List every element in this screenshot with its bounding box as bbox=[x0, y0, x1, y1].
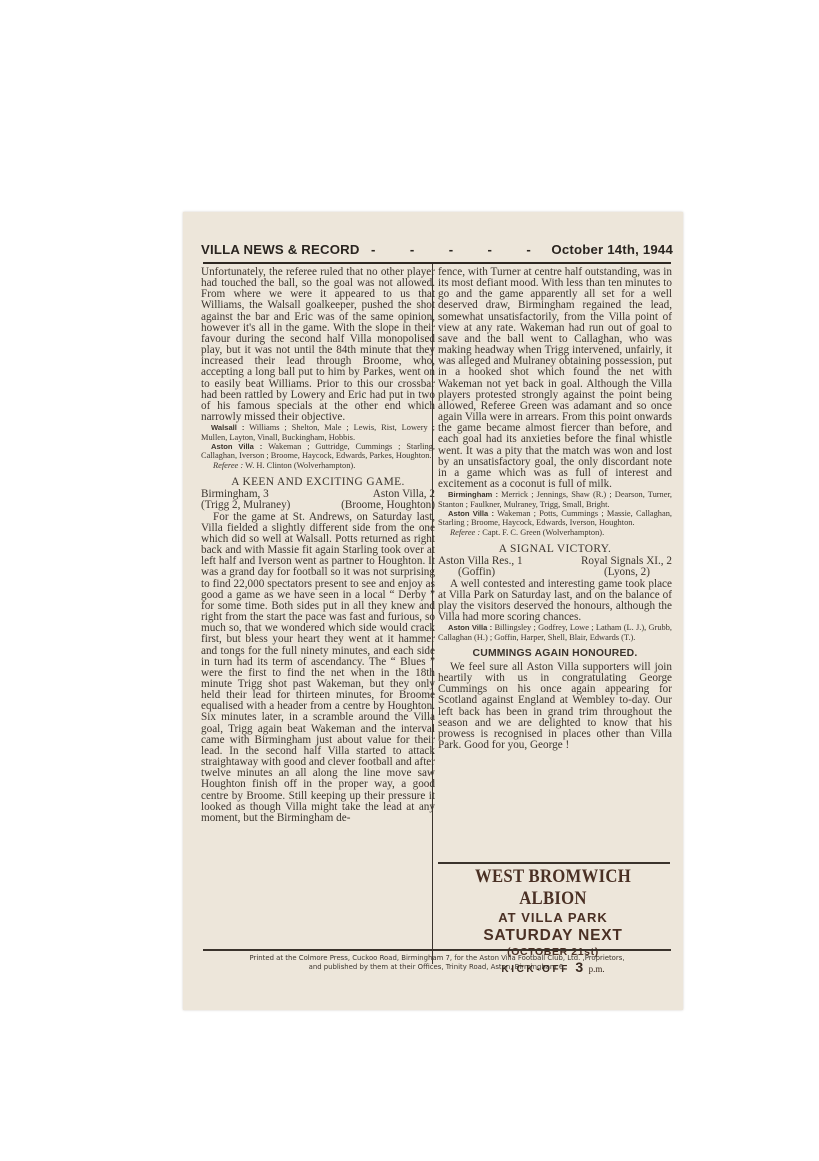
publication-title: VILLA NEWS & RECORD bbox=[201, 242, 360, 257]
scorers-reserves: (Goffin) (Lyons, 2) bbox=[438, 567, 672, 578]
birmingham-referee: Referee : Capt. F. C. Green (Wolverhampt… bbox=[438, 528, 672, 537]
walsall-referee: Referee : W. H. Clinton (Wolverhampton). bbox=[201, 461, 435, 470]
right-column: fence, with Turner at centre half outsta… bbox=[438, 267, 672, 751]
article-body-continued: fence, with Turner at centre half outsta… bbox=[438, 267, 672, 490]
programme-page: VILLA NEWS & RECORD - - - - - October 14… bbox=[183, 212, 683, 1010]
printer-imprint: Printed at the Colmore Press, Cuckoo Roa… bbox=[203, 954, 671, 973]
header-dashes: - - - - - bbox=[371, 242, 531, 257]
advert-when: SATURDAY NEXT bbox=[433, 926, 673, 946]
advert-venue: AT VILLA PARK bbox=[433, 910, 673, 926]
article-heading-cummings: CUMMINGS AGAIN HONOURED. bbox=[438, 648, 672, 660]
article-body-keen-game: For the game at St. Andrews, on Saturday… bbox=[201, 512, 435, 824]
advert-rule bbox=[438, 862, 670, 864]
footer-rule bbox=[203, 949, 671, 951]
villa-reserves-lineup: Aston Villa : Billingsley ; Godfrey, Low… bbox=[438, 623, 672, 642]
issue-date: October 14th, 1944 bbox=[551, 242, 673, 257]
villa-lineup-birmingham: Aston Villa : Wakeman ; Potts, Cummings … bbox=[438, 509, 672, 528]
birmingham-lineup: Birmingham : Merrick ; Jennings, Shaw (R… bbox=[438, 490, 672, 509]
left-column: Unfortunately, the referee ruled that no… bbox=[201, 267, 435, 824]
scorers: (Trigg 2, Mulraney) (Broome, Houghton) bbox=[201, 500, 435, 511]
article-body-cummings: We feel sure all Aston Villa supporters … bbox=[438, 662, 672, 751]
header-rule bbox=[203, 262, 671, 264]
article-heading-keen-game: A KEEN AND EXCITING GAME. bbox=[201, 476, 435, 488]
article-heading-signal-victory: A SIGNAL VICTORY. bbox=[438, 543, 672, 555]
walsall-lineup: Walsall : Williams ; Shelton, Male ; Lew… bbox=[201, 423, 435, 442]
advert-opponent: WEST BROMWICH ALBION bbox=[447, 866, 658, 910]
page-header: VILLA NEWS & RECORD - - - - - October 14… bbox=[201, 242, 673, 260]
villa-lineup-walsall: Aston Villa : Wakeman ; Guttridge, Cummi… bbox=[201, 442, 435, 461]
walsall-report-ending: Unfortunately, the referee ruled that no… bbox=[201, 267, 435, 423]
article-body-signal-victory: A well contested and interesting game to… bbox=[438, 579, 672, 624]
